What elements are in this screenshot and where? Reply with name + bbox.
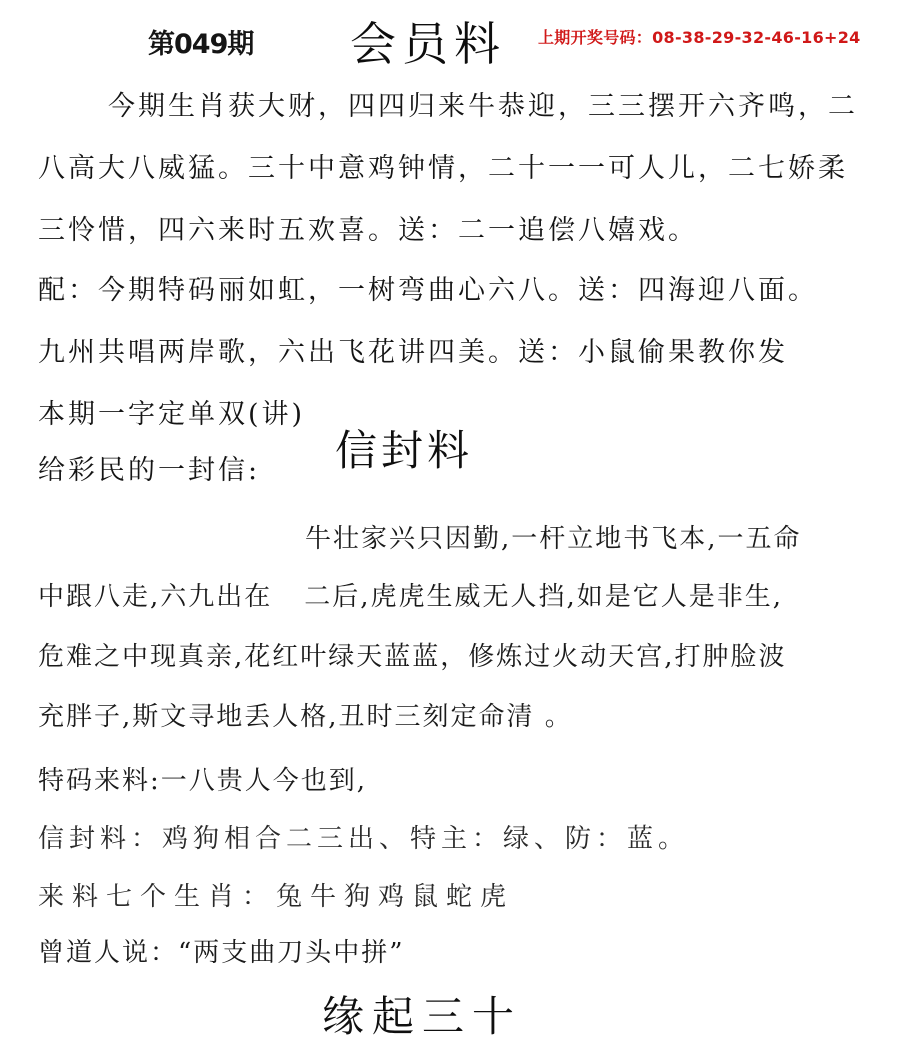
letter-line-2-part-1: 中跟八走,六九出在 (38, 582, 272, 612)
letter-line-2: 中跟八走,六九出在二后,虎虎生威无人挡,如是它人是非生, (38, 576, 783, 613)
last-draw-label: 上期开奖号码： (538, 28, 652, 47)
letter-line-2-part-2: 二后,虎虎生威无人挡,如是它人是非生, (304, 582, 783, 612)
letter-intro: 给彩民的一封信: (38, 448, 260, 487)
taoist-saying-line: 曾道人说：“两支曲刀头中拼” (38, 932, 405, 969)
letter-line-3: 危难之中现真亲,花红叶绿天蓝蓝，修炼过火动天宫,打肿脸波 (38, 636, 787, 673)
seven-zodiac-line: 来料七个生肖：兔牛狗鸡鼠蛇虎 (38, 876, 514, 913)
poem-line-3: 三怜惜，四六来时五欢喜。送：二一追偿八嬉戏。 (38, 208, 698, 247)
last-draw-numbers: 08-38-29-32-46-16+24 (652, 28, 860, 47)
last-draw-results: 上期开奖号码：08-38-29-32-46-16+24 (538, 25, 861, 48)
odd-even-line: 本期一字定单双(讲) (38, 392, 305, 431)
issue-number: 第049期 (148, 22, 253, 61)
poem-line-2: 八高大八威猛。三十中意鸡钟情，二十一一可人儿，二七娇柔 (38, 146, 848, 185)
pairing-line: 配：今期特码丽如虹，一树弯曲心六八。送：四海迎八面。 (38, 268, 818, 307)
footer-title: 缘起三十 (322, 984, 522, 1044)
letter-line-4: 充胖子,斯文寻地丢人格,丑时三刻定命清 。 (38, 696, 573, 733)
poem-line-1: 今期生肖获大财，四四归来牛恭迎，三三摆开六齐鸣，二 (108, 84, 858, 123)
song-line: 九州共唱两岸歌，六出飞花讲四美。送：小鼠偷果教你发 (38, 330, 788, 369)
letter-line-1: 牛壮家兴只因勤,一杆立地书飞本,一五命 (305, 518, 802, 555)
letter-section-title: 信封料 (335, 418, 473, 478)
envelope-line: 信封料：鸡狗相合二三出、特主：绿、防：蓝。 (38, 818, 689, 855)
special-code-line: 特码来料:一八贵人今也到, (38, 760, 367, 797)
page-title: 会员料 (350, 8, 506, 74)
